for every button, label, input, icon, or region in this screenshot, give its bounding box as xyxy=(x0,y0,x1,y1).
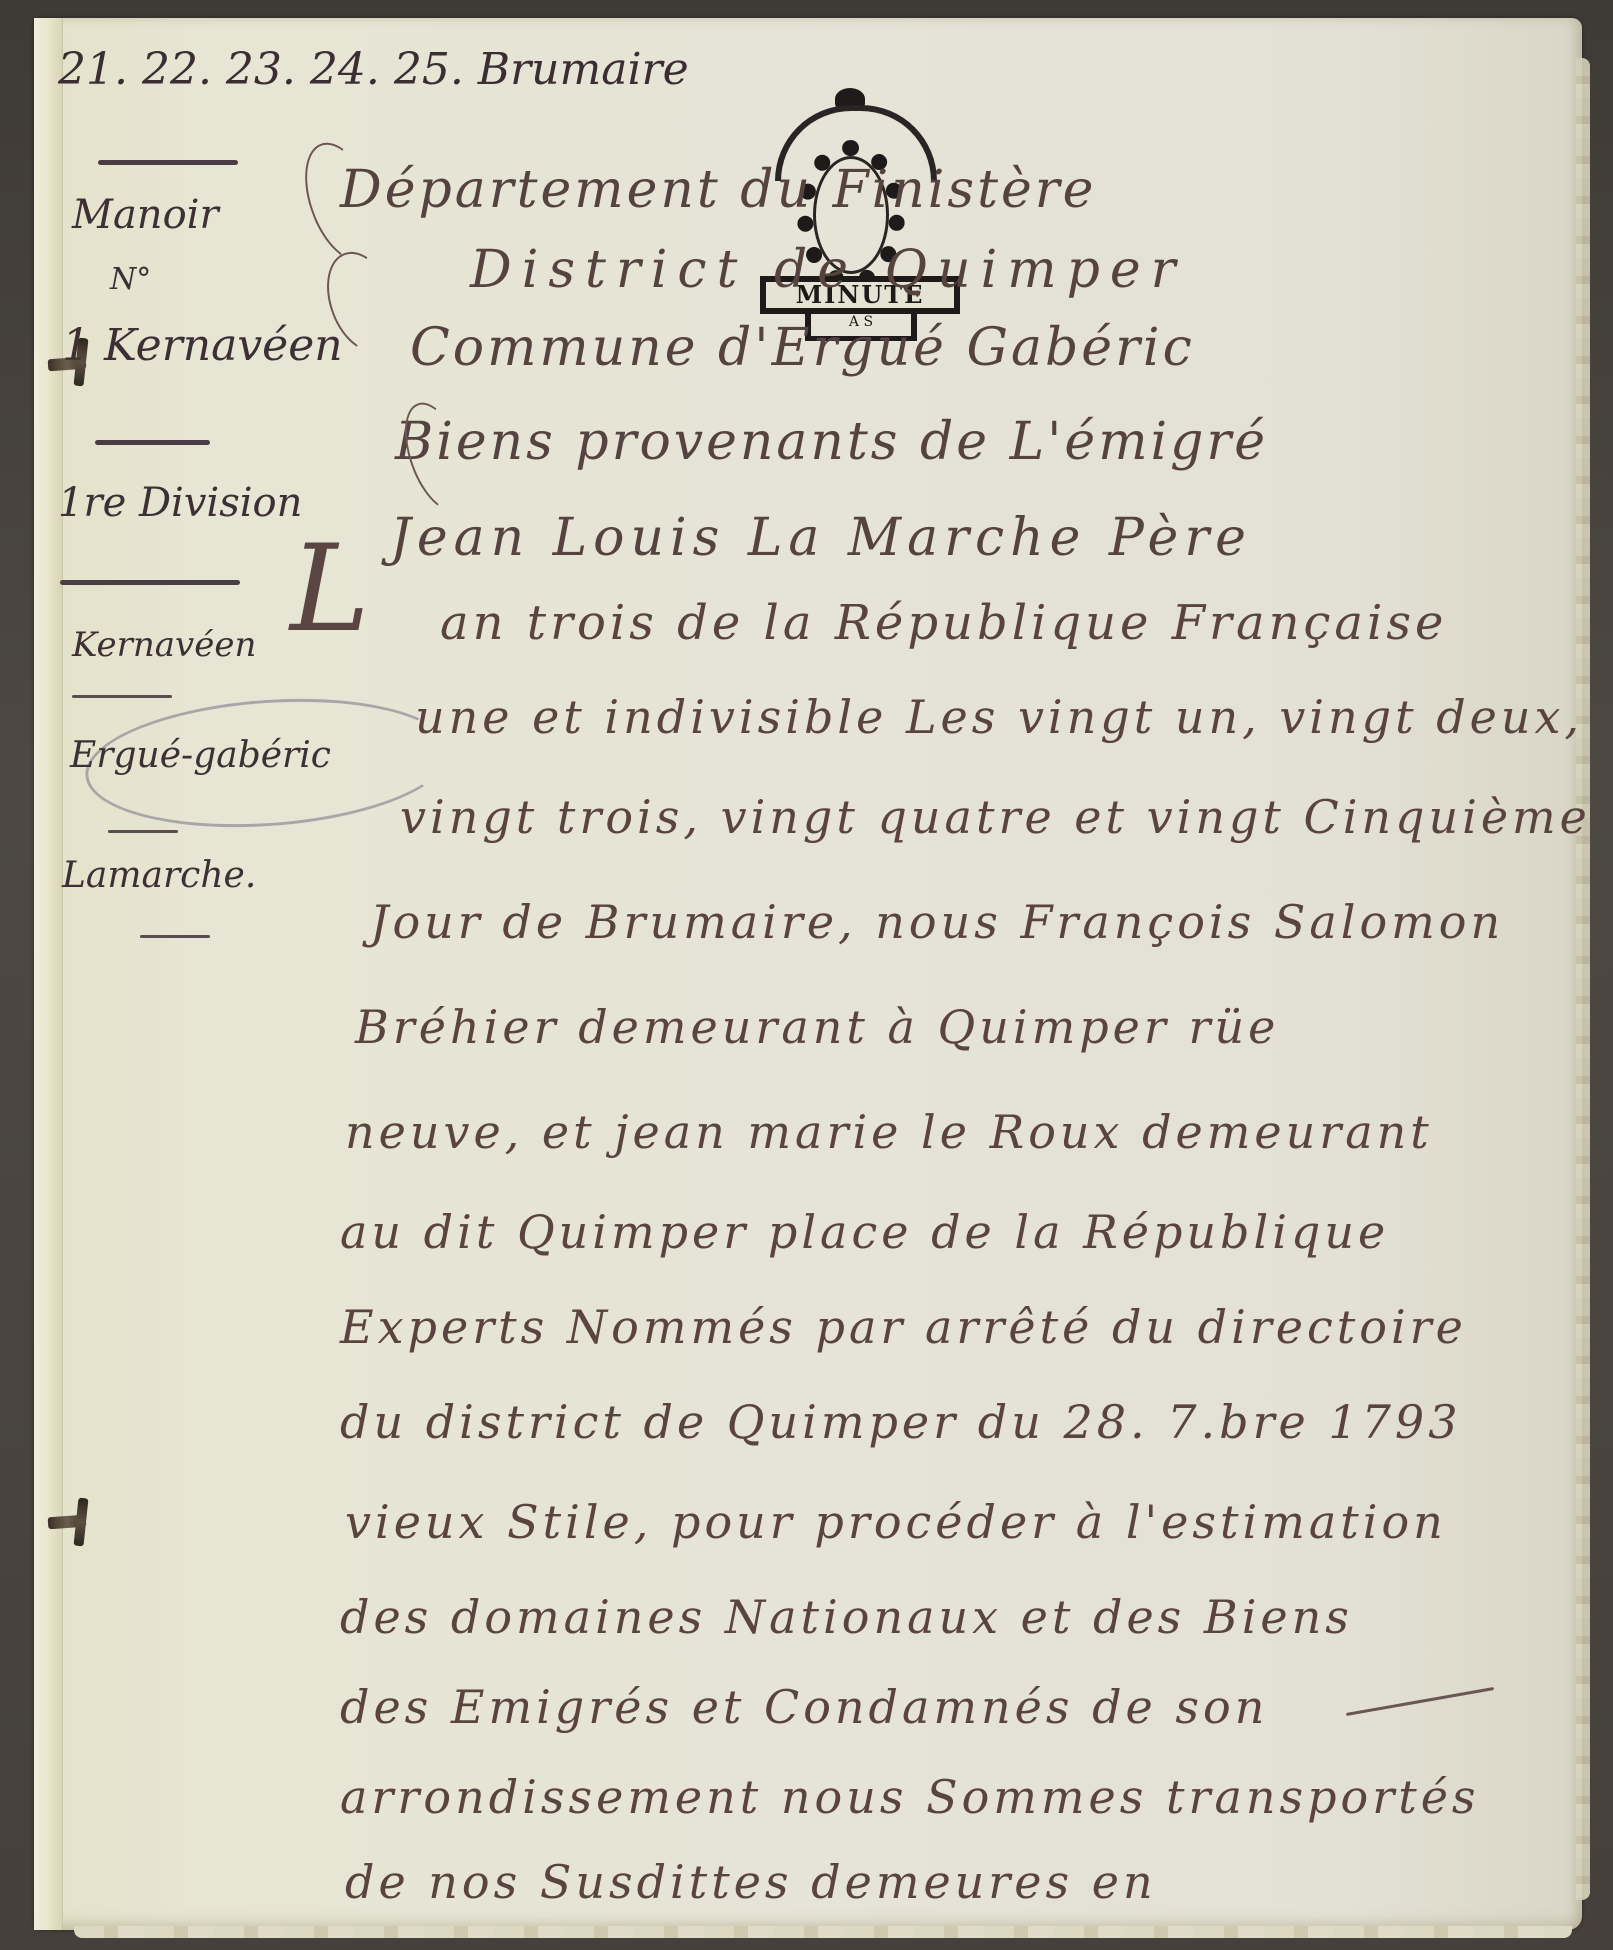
body-line-12: des Emigrés et Condamnés de son xyxy=(340,1680,1268,1734)
title-owner: Jean Louis La Marche Père xyxy=(390,508,1252,568)
body-line-6: neuve, et jean marie le Roux demeurant xyxy=(345,1105,1433,1159)
margin-rule-1 xyxy=(98,160,238,165)
margin-rule-2 xyxy=(95,440,210,445)
title-district: District de Quimper xyxy=(470,240,1186,300)
margin-manoir: Manoir xyxy=(72,192,219,238)
binding-thread-bottom-stitch xyxy=(74,1498,89,1547)
body-line-1: an trois de la République Française xyxy=(440,595,1447,651)
margin-division: 1re Division xyxy=(58,480,302,526)
title-biens: Biens provenants de L'émigré xyxy=(395,412,1268,472)
deckle-edge-right xyxy=(1576,58,1590,1900)
body-initial: L xyxy=(290,520,370,659)
body-line-11: des domaines Nationaux et des Biens xyxy=(340,1590,1353,1644)
margin-commune: Ergué-gabéric xyxy=(70,735,331,776)
margin-rule-3 xyxy=(60,580,240,585)
body-line-13: arrondissement nous Sommes transportés xyxy=(340,1770,1480,1824)
margin-number: 1 Kernavéen xyxy=(62,320,343,371)
title-commune: Commune d'Ergué Gabéric xyxy=(410,318,1195,378)
body-line-9: du district de Quimper du 28. 7.bre 1793 xyxy=(340,1395,1461,1449)
body-line-2: une et indivisible Les vingt un, vingt d… xyxy=(415,690,1583,744)
margin-rule-6 xyxy=(140,935,210,938)
body-line-14: de nos Susdittes demeures en xyxy=(345,1855,1157,1909)
body-line-10: vieux Stile, pour procéder à l'estimatio… xyxy=(345,1495,1447,1549)
body-line-4: Jour de Brumaire, nous François Salomon xyxy=(370,895,1504,949)
margin-rule-4 xyxy=(72,695,172,698)
body-line-3: vingt trois, vingt quatre et vingt Cinqu… xyxy=(400,790,1591,844)
margin-number-label: N° xyxy=(110,262,151,297)
body-line-5: Bréhier demeurant à Quimper rüe xyxy=(355,1000,1279,1054)
margin-owner: Lamarche. xyxy=(62,855,256,896)
body-line-8: Experts Nommés par arrêté du directoire xyxy=(340,1300,1467,1354)
deckle-edge-bottom xyxy=(74,1926,1572,1938)
title-departement: Département du Finistère xyxy=(340,160,1096,220)
header-dates: 21. 22. 23. 24. 25. Brumaire xyxy=(58,44,689,95)
body-line-7: au dit Quimper place de la République xyxy=(340,1205,1389,1259)
margin-rule-5 xyxy=(108,830,178,833)
margin-name-abbr: Kernavéen xyxy=(72,625,256,665)
